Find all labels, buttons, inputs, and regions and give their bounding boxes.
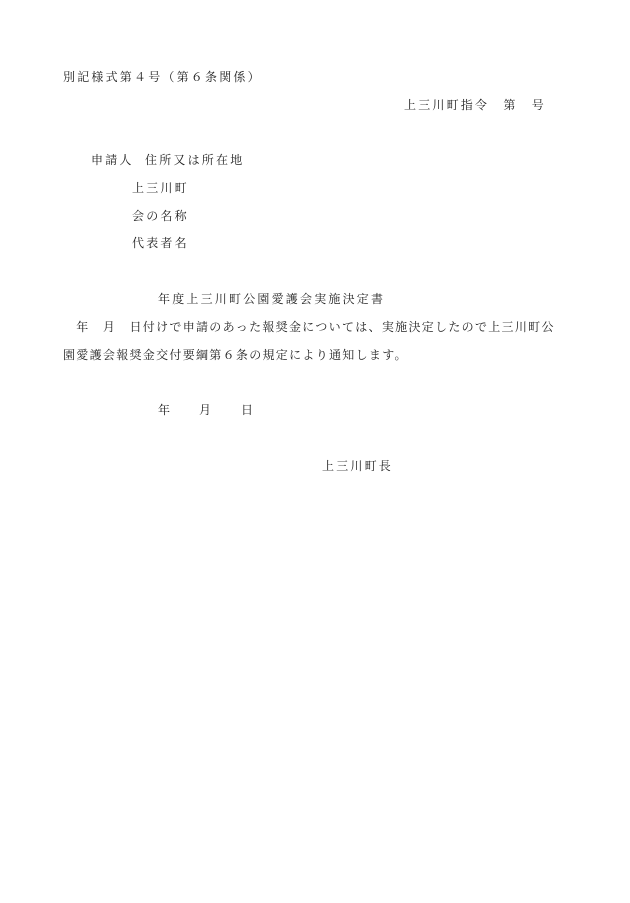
reference-number: 上三川町指令 第 号 (404, 98, 546, 112)
body-text-line-2: 園愛護会報奨金交付要綱第６条の規定により通知します。 (63, 348, 408, 362)
address-value: 上三川町 (132, 181, 189, 195)
applicant-label: 申請人 (91, 153, 134, 167)
document-title: 年度上三川町公園愛護会実施決定書 (158, 292, 385, 306)
address-label: 住所又は所在地 (145, 153, 244, 167)
date-day: 日 (241, 403, 255, 417)
association-name-label: 会の名称 (132, 209, 189, 223)
body-text-line-1: 年 月 日付けで申請のあった報奨金については、実施決定したので上三川町公 (63, 320, 555, 334)
representative-label: 代表者名 (132, 236, 189, 250)
date-month: 月 (199, 403, 213, 417)
date-year: 年 (158, 403, 172, 417)
form-label: 別記様式第４号（第６条関係） (63, 70, 262, 84)
issuer-signature: 上三川町長 (322, 459, 393, 473)
